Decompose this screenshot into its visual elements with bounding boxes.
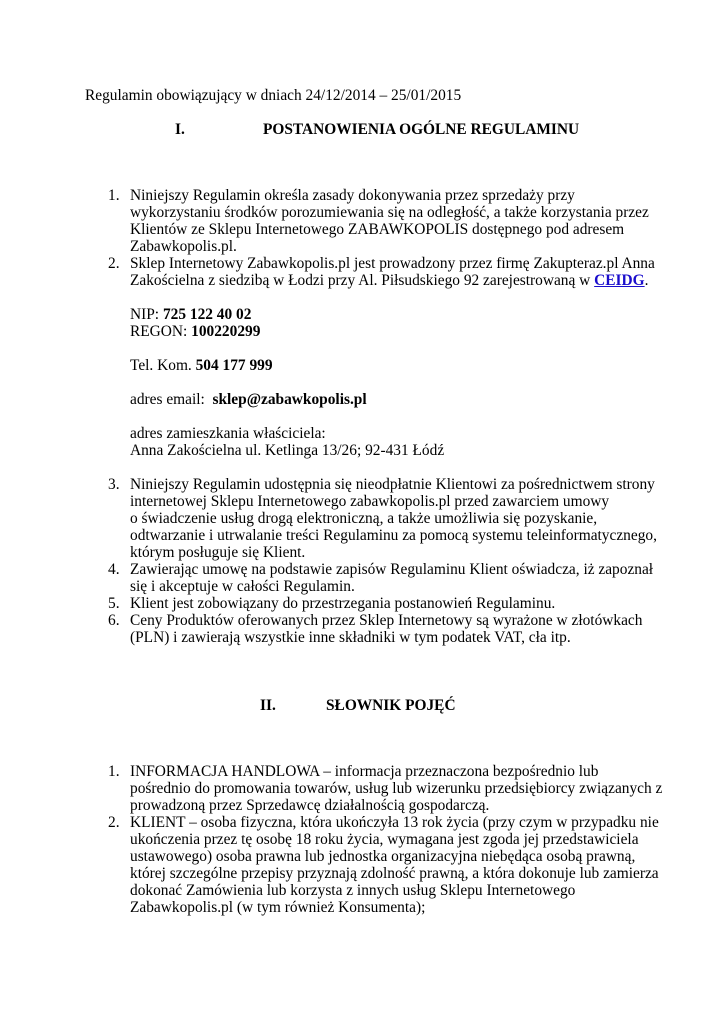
item-number: 2. bbox=[108, 814, 120, 832]
phone-value: 504 177 999 bbox=[196, 357, 273, 374]
email-line: adres email: sklep@zabawkopolis.pl bbox=[130, 391, 367, 409]
section-1-numeral: I. bbox=[175, 121, 185, 139]
item-line: się i akceptuje w całości Regulamin. bbox=[130, 578, 355, 596]
item-line: wykorzystaniu środków porozumiewania się… bbox=[130, 204, 649, 222]
regon-label: REGON: bbox=[130, 323, 191, 340]
item-line: Klient jest zobowiązany do przestrzegani… bbox=[130, 595, 555, 613]
item-line: KLIENT – osoba fizyczna, która ukończyła… bbox=[130, 814, 659, 832]
item-line: (PLN) i zawierają wszystkie inne składni… bbox=[130, 629, 571, 647]
item-line: którym posługuje się Klient. bbox=[130, 544, 305, 562]
item-line: Zabawkopolis.pl (w tym również Konsument… bbox=[130, 899, 425, 917]
item-line: Ceny Produktów oferowanych przez Sklep I… bbox=[130, 612, 642, 630]
item-line: pośrednio do promowania towarów, usług l… bbox=[130, 780, 662, 798]
link-suffix: . bbox=[645, 272, 649, 289]
phone-line: Tel. Kom. 504 177 999 bbox=[130, 357, 273, 375]
item-line-with-link: Zakościelna z siedzibą w Łodzi przy Al. … bbox=[130, 272, 648, 290]
validity-period: Regulamin obowiązujący w dniach 24/12/20… bbox=[85, 87, 461, 105]
item-number: 5. bbox=[108, 595, 120, 613]
item-line: dokonać Zamówienia lub korzysta z innych… bbox=[130, 882, 575, 900]
regon-value: 100220299 bbox=[191, 323, 260, 340]
item-number: 1. bbox=[108, 763, 120, 781]
item-line: o świadczenie usług drogą elektroniczną,… bbox=[130, 510, 597, 528]
owner-address-label: adres zamieszkania właściciela: bbox=[130, 425, 326, 443]
item-line: internetowej Sklepu Internetowego zabawk… bbox=[130, 493, 609, 511]
email-label: adres email: bbox=[130, 391, 212, 408]
nip-line: NIP: 725 122 40 02 bbox=[130, 306, 251, 324]
item-number: 3. bbox=[108, 476, 120, 494]
item-line: INFORMACJA HANDLOWA – informacja przezna… bbox=[130, 763, 598, 781]
item-number: 6. bbox=[108, 612, 120, 630]
phone-label: Tel. Kom. bbox=[130, 357, 196, 374]
section-1-title: POSTANOWIENIA OGÓLNE REGULAMINU bbox=[263, 121, 579, 139]
section-2-numeral: II. bbox=[260, 697, 276, 715]
item-line: Niniejszy Regulamin określa zasady dokon… bbox=[130, 187, 575, 205]
item-line: Niniejszy Regulamin udostępnia się nieod… bbox=[130, 476, 655, 494]
item-line: ukończenia przez tę osobę 18 roku życia,… bbox=[130, 831, 639, 849]
item-number: 2. bbox=[108, 255, 120, 273]
email-value: sklep@zabawkopolis.pl bbox=[212, 391, 366, 408]
ceidg-link[interactable]: CEIDG bbox=[594, 272, 644, 289]
item-line: prowadzoną przez Sprzedawcę działalności… bbox=[130, 797, 489, 815]
nip-label: NIP: bbox=[130, 306, 163, 323]
item-line: Zawierając umowę na podstawie zapisów Re… bbox=[130, 561, 653, 579]
item-line: której szczególne przepisy przyznają zdo… bbox=[130, 865, 659, 883]
section-2-title: SŁOWNIK POJĘĆ bbox=[326, 697, 456, 715]
owner-address-value: Anna Zakościelna ul. Ketlinga 13/26; 92-… bbox=[130, 442, 444, 460]
regon-line: REGON: 100220299 bbox=[130, 323, 260, 341]
item-line-text: Zakościelna z siedzibą w Łodzi przy Al. … bbox=[130, 272, 594, 289]
item-line: Sklep Internetowy Zabawkopolis.pl jest p… bbox=[130, 255, 655, 273]
item-line: Klientów ze Sklepu Internetowego ZABAWKO… bbox=[130, 221, 624, 239]
item-line: ustawowego) osoba prawna lub jednostka o… bbox=[130, 848, 635, 866]
item-number: 4. bbox=[108, 561, 120, 579]
nip-value: 725 122 40 02 bbox=[163, 306, 252, 323]
item-line: odtwarzanie i utrwalanie treści Regulami… bbox=[130, 527, 657, 545]
item-line: Zabawkopolis.pl. bbox=[130, 238, 237, 256]
item-number: 1. bbox=[108, 187, 120, 205]
